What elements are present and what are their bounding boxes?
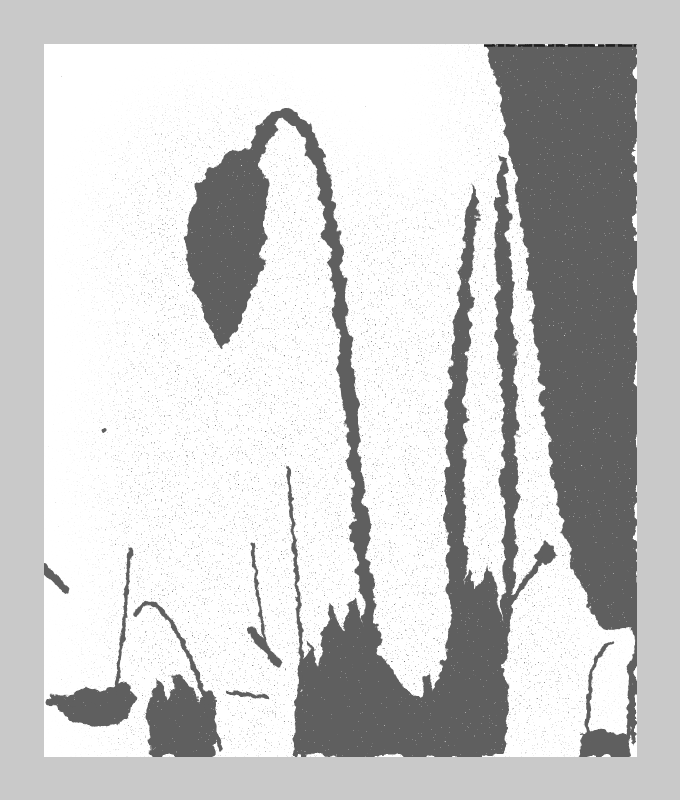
- artwork-canvas: [0, 0, 680, 800]
- photo-area: [44, 44, 637, 757]
- stray-speck: [101, 428, 107, 434]
